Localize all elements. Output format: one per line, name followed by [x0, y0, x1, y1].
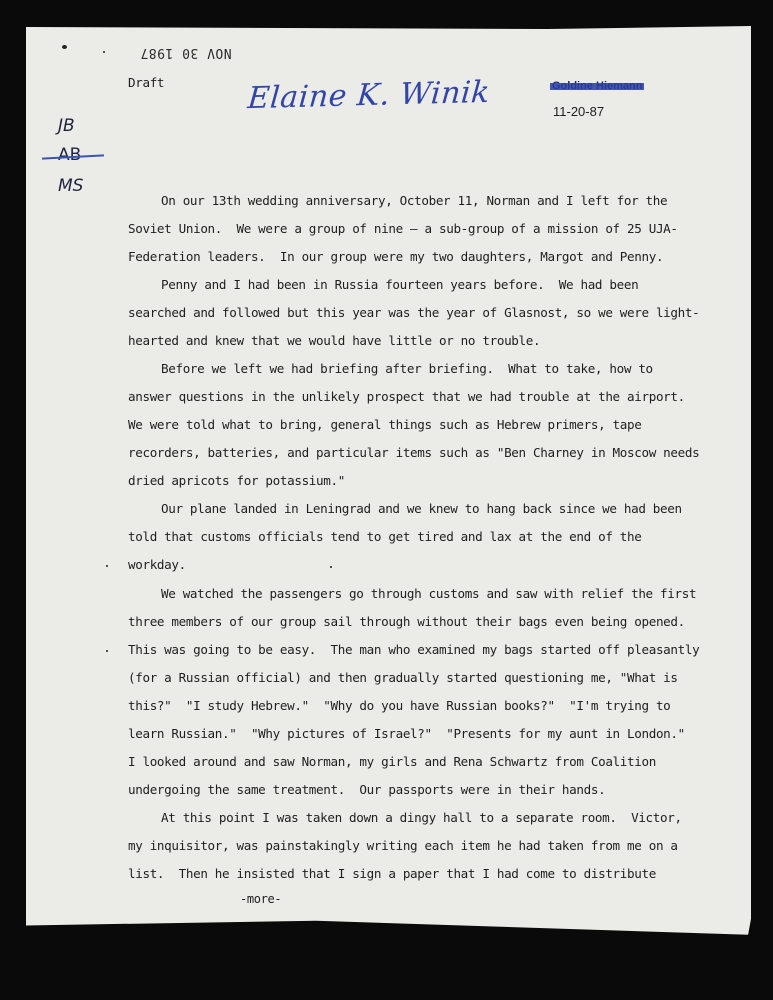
- body-line: On our 13th wedding anniversary, October…: [161, 193, 667, 208]
- handwritten-signature: Elaine K. Winik: [246, 75, 491, 116]
- ink-speck: [330, 566, 332, 568]
- body-line: Penny and I had been in Russia fourteen …: [161, 277, 638, 292]
- ink-speck: [62, 45, 67, 49]
- body-line: undergoing the same treatment. Our passp…: [128, 782, 605, 797]
- received-date-stamp: NOV 30 1987: [140, 45, 232, 60]
- body-line: answer questions in the unlikely prospec…: [128, 389, 685, 404]
- body-line: This was going to be easy. The man who e…: [128, 642, 699, 657]
- body-line: At this point I was taken down a dingy h…: [161, 810, 682, 825]
- body-line: (for a Russian official) and then gradua…: [128, 670, 678, 685]
- body-line: three members of our group sail through …: [128, 614, 685, 629]
- body-line: dried apricots for potassium.": [128, 473, 345, 488]
- ink-speck: [106, 565, 108, 567]
- ink-speck: [106, 650, 108, 652]
- crossed-out-name: Goldine Hiemann: [552, 80, 642, 92]
- body-line: Soviet Union. We were a group of nine — …: [128, 221, 678, 236]
- body-line: learn Russian." "Why pictures of Israel?…: [128, 726, 685, 741]
- body-line: hearted and knew that we would have litt…: [128, 333, 540, 348]
- scanned-page: NOV 30 1987 Draft Elaine K. Winik Goldin…: [0, 0, 773, 1000]
- body-line: told that customs officials tend to get …: [128, 529, 641, 544]
- handwritten-initials-3: MS: [58, 176, 83, 196]
- body-line: We watched the passengers go through cus…: [161, 586, 696, 601]
- continuation-marker: -more-: [240, 892, 281, 906]
- body-line: Before we left we had briefing after bri…: [161, 361, 653, 376]
- handwritten-initials-1: JB: [58, 116, 75, 136]
- body-line: I looked around and saw Norman, my girls…: [128, 754, 656, 769]
- body-line: Federation leaders. In our group were my…: [128, 249, 663, 264]
- body-line: my inquisitor, was painstakingly writing…: [128, 838, 678, 853]
- document-date: 11-20-87: [553, 104, 604, 119]
- body-line: We were told what to bring, general thin…: [128, 417, 641, 432]
- draft-label: Draft: [128, 75, 164, 90]
- ink-speck: [103, 51, 105, 53]
- body-line: this?" "I study Hebrew." "Why do you hav…: [128, 698, 670, 713]
- body-line: searched and followed but this year was …: [128, 305, 699, 320]
- body-line: Our plane landed in Leningrad and we kne…: [161, 501, 682, 516]
- body-line: list. Then he insisted that I sign a pap…: [128, 866, 656, 881]
- body-line: workday.: [128, 557, 186, 572]
- body-line: recorders, batteries, and particular ite…: [128, 445, 699, 460]
